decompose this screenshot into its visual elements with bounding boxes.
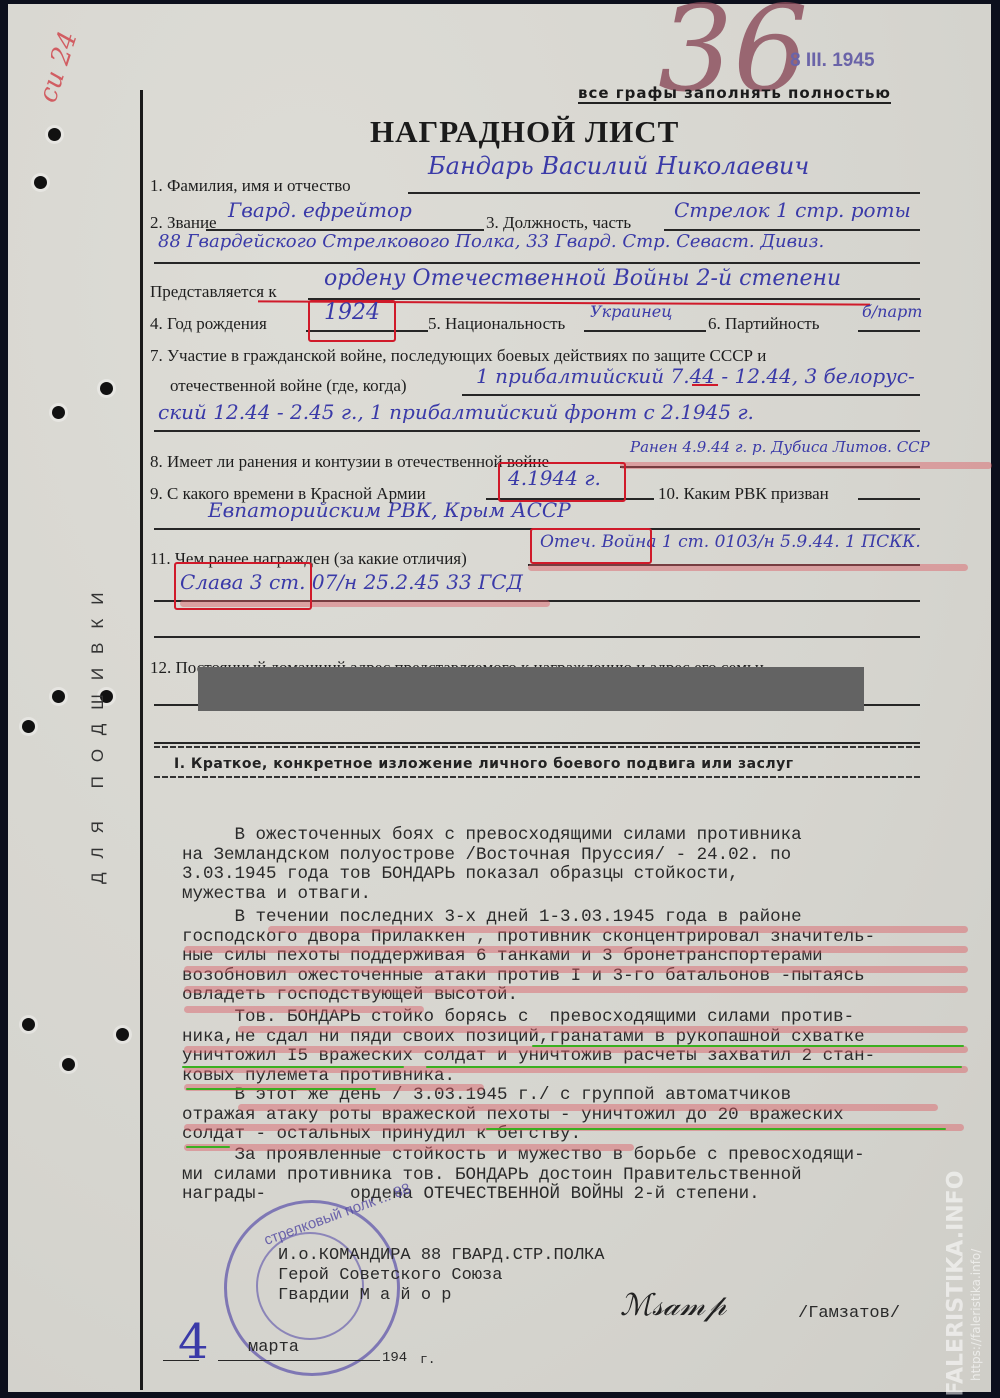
pink-highlight	[184, 1006, 424, 1013]
green-highlight	[186, 1088, 376, 1090]
field-10-label: 10. Каким РВК призван	[658, 484, 829, 504]
document-title: НАГРАДНОЙ ЛИСТ	[370, 114, 679, 150]
pink-highlight	[268, 926, 968, 933]
field-1-underline	[408, 192, 920, 194]
signatory-rank: Гвардии М а й о р	[278, 1286, 451, 1305]
punch-hole	[22, 1018, 35, 1031]
field-1-value: Бандарь Василий Николаевич	[428, 152, 809, 180]
pink-highlight	[184, 1046, 968, 1053]
field-7-underline	[462, 394, 920, 396]
field-3-label: 3. Должность, часть	[486, 213, 631, 233]
punch-hole	[62, 1058, 75, 1071]
field-10-value: Евпаторийским РВК, Крым АССР	[208, 498, 571, 522]
date-month-underline	[218, 1360, 380, 1361]
section-one-heading: I. Краткое, конкретное изложение личного…	[174, 756, 794, 772]
signatory-title: И.о.КОМАНДИРА 88 ГВАРД.СТР.ПОЛКА	[278, 1246, 604, 1265]
pink-highlight	[184, 966, 968, 973]
field-12-underline-2	[154, 742, 920, 744]
field-11-underline-3	[154, 636, 920, 638]
date-month: марта	[248, 1338, 299, 1357]
date-day-underline	[163, 1360, 199, 1361]
field-3-value-cont: 88 Гвардейского Стрелкового Полка, 33 Гв…	[158, 231, 824, 252]
date-year-suffix: г.	[420, 1352, 436, 1367]
red-box-previous-award-2	[174, 562, 312, 610]
received-date-stamp: 8 III. 1945	[790, 50, 875, 72]
field-5-underline	[584, 330, 706, 332]
field-3-value: Стрелок 1 стр. роты	[674, 198, 911, 222]
red-marker-date	[692, 384, 718, 386]
address-redaction-block	[198, 667, 864, 711]
green-highlight	[426, 1066, 962, 1068]
citation-paragraph-5: За проявленные стойкость и мужество в бо…	[182, 1146, 865, 1205]
green-highlight	[186, 1146, 230, 1148]
corner-archive-note: си 24	[33, 28, 84, 106]
field-7-label-2: отечественной войне (где, когда)	[170, 376, 407, 396]
field-4-label: 4. Год рождения	[150, 314, 267, 334]
punch-hole	[100, 382, 113, 395]
field-7-underline-2	[154, 430, 920, 432]
citation-paragraph-1: В ожесточенных боях с превосходящими сил…	[182, 826, 802, 904]
field-8-label: 8. Имеет ли ранения и контузии в отечест…	[150, 452, 549, 472]
field-6-value: б/парт	[862, 302, 922, 321]
date-year: 194	[382, 1350, 407, 1366]
red-box-previous-award-1	[530, 528, 652, 564]
citation-paragraph-4: В этот же день / 3.03.1945 г./ с группой…	[182, 1086, 844, 1145]
pink-highlight	[528, 564, 968, 571]
pink-highlight	[184, 946, 968, 953]
award-sheet-page: си 24 ДЛЯ ПОДШИВКИ 36 8 III. 1945 все гр…	[8, 4, 991, 1392]
punch-hole	[52, 406, 65, 419]
field-7-value-2: ский 12.44 - 2.45 г., 1 прибалтийский фр…	[158, 400, 754, 424]
pink-highlight	[238, 1026, 968, 1033]
field-5-value: Украинец	[590, 302, 672, 321]
presented-label: Представляется к	[150, 282, 277, 302]
red-box-army-date	[498, 462, 626, 502]
section-divider-top	[154, 746, 920, 748]
field-5-label: 5. Национальность	[428, 314, 565, 334]
punch-hole	[48, 128, 61, 141]
pink-highlight	[184, 1144, 634, 1151]
watermark-brand: FALERISTIKA.INFO	[944, 1197, 969, 1397]
red-box-birth-year	[308, 300, 396, 342]
green-highlight	[532, 1045, 964, 1047]
punch-hole	[22, 720, 35, 733]
binding-side-label: ДЛЯ ПОДШИВКИ	[88, 564, 118, 884]
section-divider-bottom	[154, 776, 920, 778]
field-3-underline-cont	[154, 262, 920, 264]
field-2-value: Гвард. ефрейтор	[228, 198, 412, 222]
commander-signature: ℳ𝓈𝒶𝓂𝓅	[620, 1288, 726, 1323]
watermark-url: https://faleristika.info/	[969, 1181, 983, 1381]
binding-margin-line	[140, 90, 143, 1390]
pink-highlight	[238, 1104, 938, 1111]
watermark: FALERISTIKA.INFO https://faleristika.inf…	[931, 1194, 991, 1398]
punch-hole	[52, 690, 65, 703]
field-10-underline	[858, 498, 920, 500]
signatory-name: /Гамзатов/	[798, 1304, 900, 1323]
fill-instruction: все графы заполнять полностью	[578, 84, 891, 104]
presented-value: ордену Отечественной Войны 2-й степени	[324, 266, 841, 291]
date-day: 4	[178, 1314, 209, 1370]
field-7-label-1: 7. Участие в гражданской войне, последую…	[150, 346, 766, 366]
signatory-honor: Герой Советского Союза	[278, 1266, 502, 1285]
field-1-label: 1. Фамилия, имя и отчество	[150, 176, 351, 196]
field-6-underline	[858, 330, 920, 332]
punch-hole	[34, 176, 47, 189]
pink-highlight	[620, 462, 992, 469]
punch-hole	[116, 1028, 129, 1041]
presented-underline	[308, 298, 920, 300]
pink-highlight	[184, 986, 968, 993]
green-highlight	[486, 1128, 946, 1130]
field-6-label: 6. Партийность	[708, 314, 819, 334]
green-highlight	[182, 1066, 404, 1068]
field-8-value: Ранен 4.9.44 г. р. Дубиса Литов. ССР	[630, 438, 930, 456]
